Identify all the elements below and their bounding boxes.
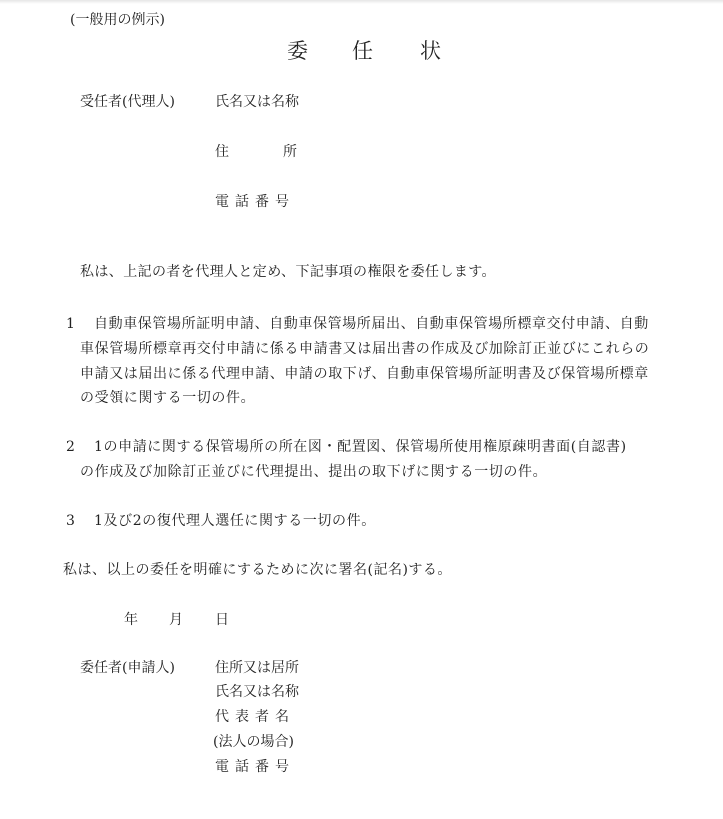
agent-role-label: 受任者(代理人): [80, 93, 175, 111]
principal-phone-field-label: 電話番号: [215, 758, 295, 776]
principal-representative-field-label: 代表者名: [215, 708, 295, 726]
title-char-3: 状: [420, 38, 441, 64]
page-top-shadow: [0, 0, 723, 4]
item-line: 申請又は届出に係る代理申請、申請の取下げ、自動車保管場所証明書及び保管場所標章: [80, 365, 649, 383]
principal-name-field-label: 氏名又は名称: [215, 683, 299, 701]
item-number: 2: [66, 438, 75, 456]
agent-phone-field-label: 電話番号: [215, 193, 295, 211]
item-line: 1の申請に関する保管場所の所在図・配置図、保管場所使用権原疎明書面(自認書): [94, 438, 627, 456]
item-line: 1及び2の復代理人選任に関する一切の件。: [94, 512, 376, 530]
date-day-label: 日: [215, 611, 229, 629]
intro-paragraph: 私は、上記の者を代理人と定め、下記事項の権限を委任します。: [80, 263, 496, 281]
closing-paragraph: 私は、以上の委任を明確にするために次に署名(記名)する。: [63, 561, 452, 579]
item-number: 3: [66, 512, 75, 530]
agent-name-field-label: 氏名又は名称: [215, 93, 299, 111]
item-line: の作成及び加除訂正並びに代理提出、提出の取下げに関する一切の件。: [80, 463, 547, 481]
item-line: 車保管場所標章再交付申請に係る申請書又は届出書の作成及び加除訂正並びにこれらの: [80, 340, 649, 358]
date-month-label: 月: [169, 611, 183, 629]
title-char-2: 任: [352, 38, 373, 64]
item-line: の受領に関する一切の件。: [80, 389, 255, 407]
agent-address-field-label: 住所: [215, 143, 351, 161]
item-number: 1: [66, 315, 75, 333]
item-line: 自動車保管場所証明申請、自動車保管場所届出、自動車保管場所標章交付申請、自動: [94, 315, 649, 333]
principal-corporate-note: (法人の場合): [213, 733, 294, 751]
principal-address-field-label: 住所又は居所: [215, 659, 299, 677]
date-year-label: 年: [124, 611, 138, 629]
principal-role-label: 委任者(申請人): [80, 659, 175, 677]
title-char-1: 委: [287, 38, 308, 64]
page-title: 委 任 状: [0, 38, 723, 64]
example-label: (一般用の例示): [70, 11, 165, 29]
